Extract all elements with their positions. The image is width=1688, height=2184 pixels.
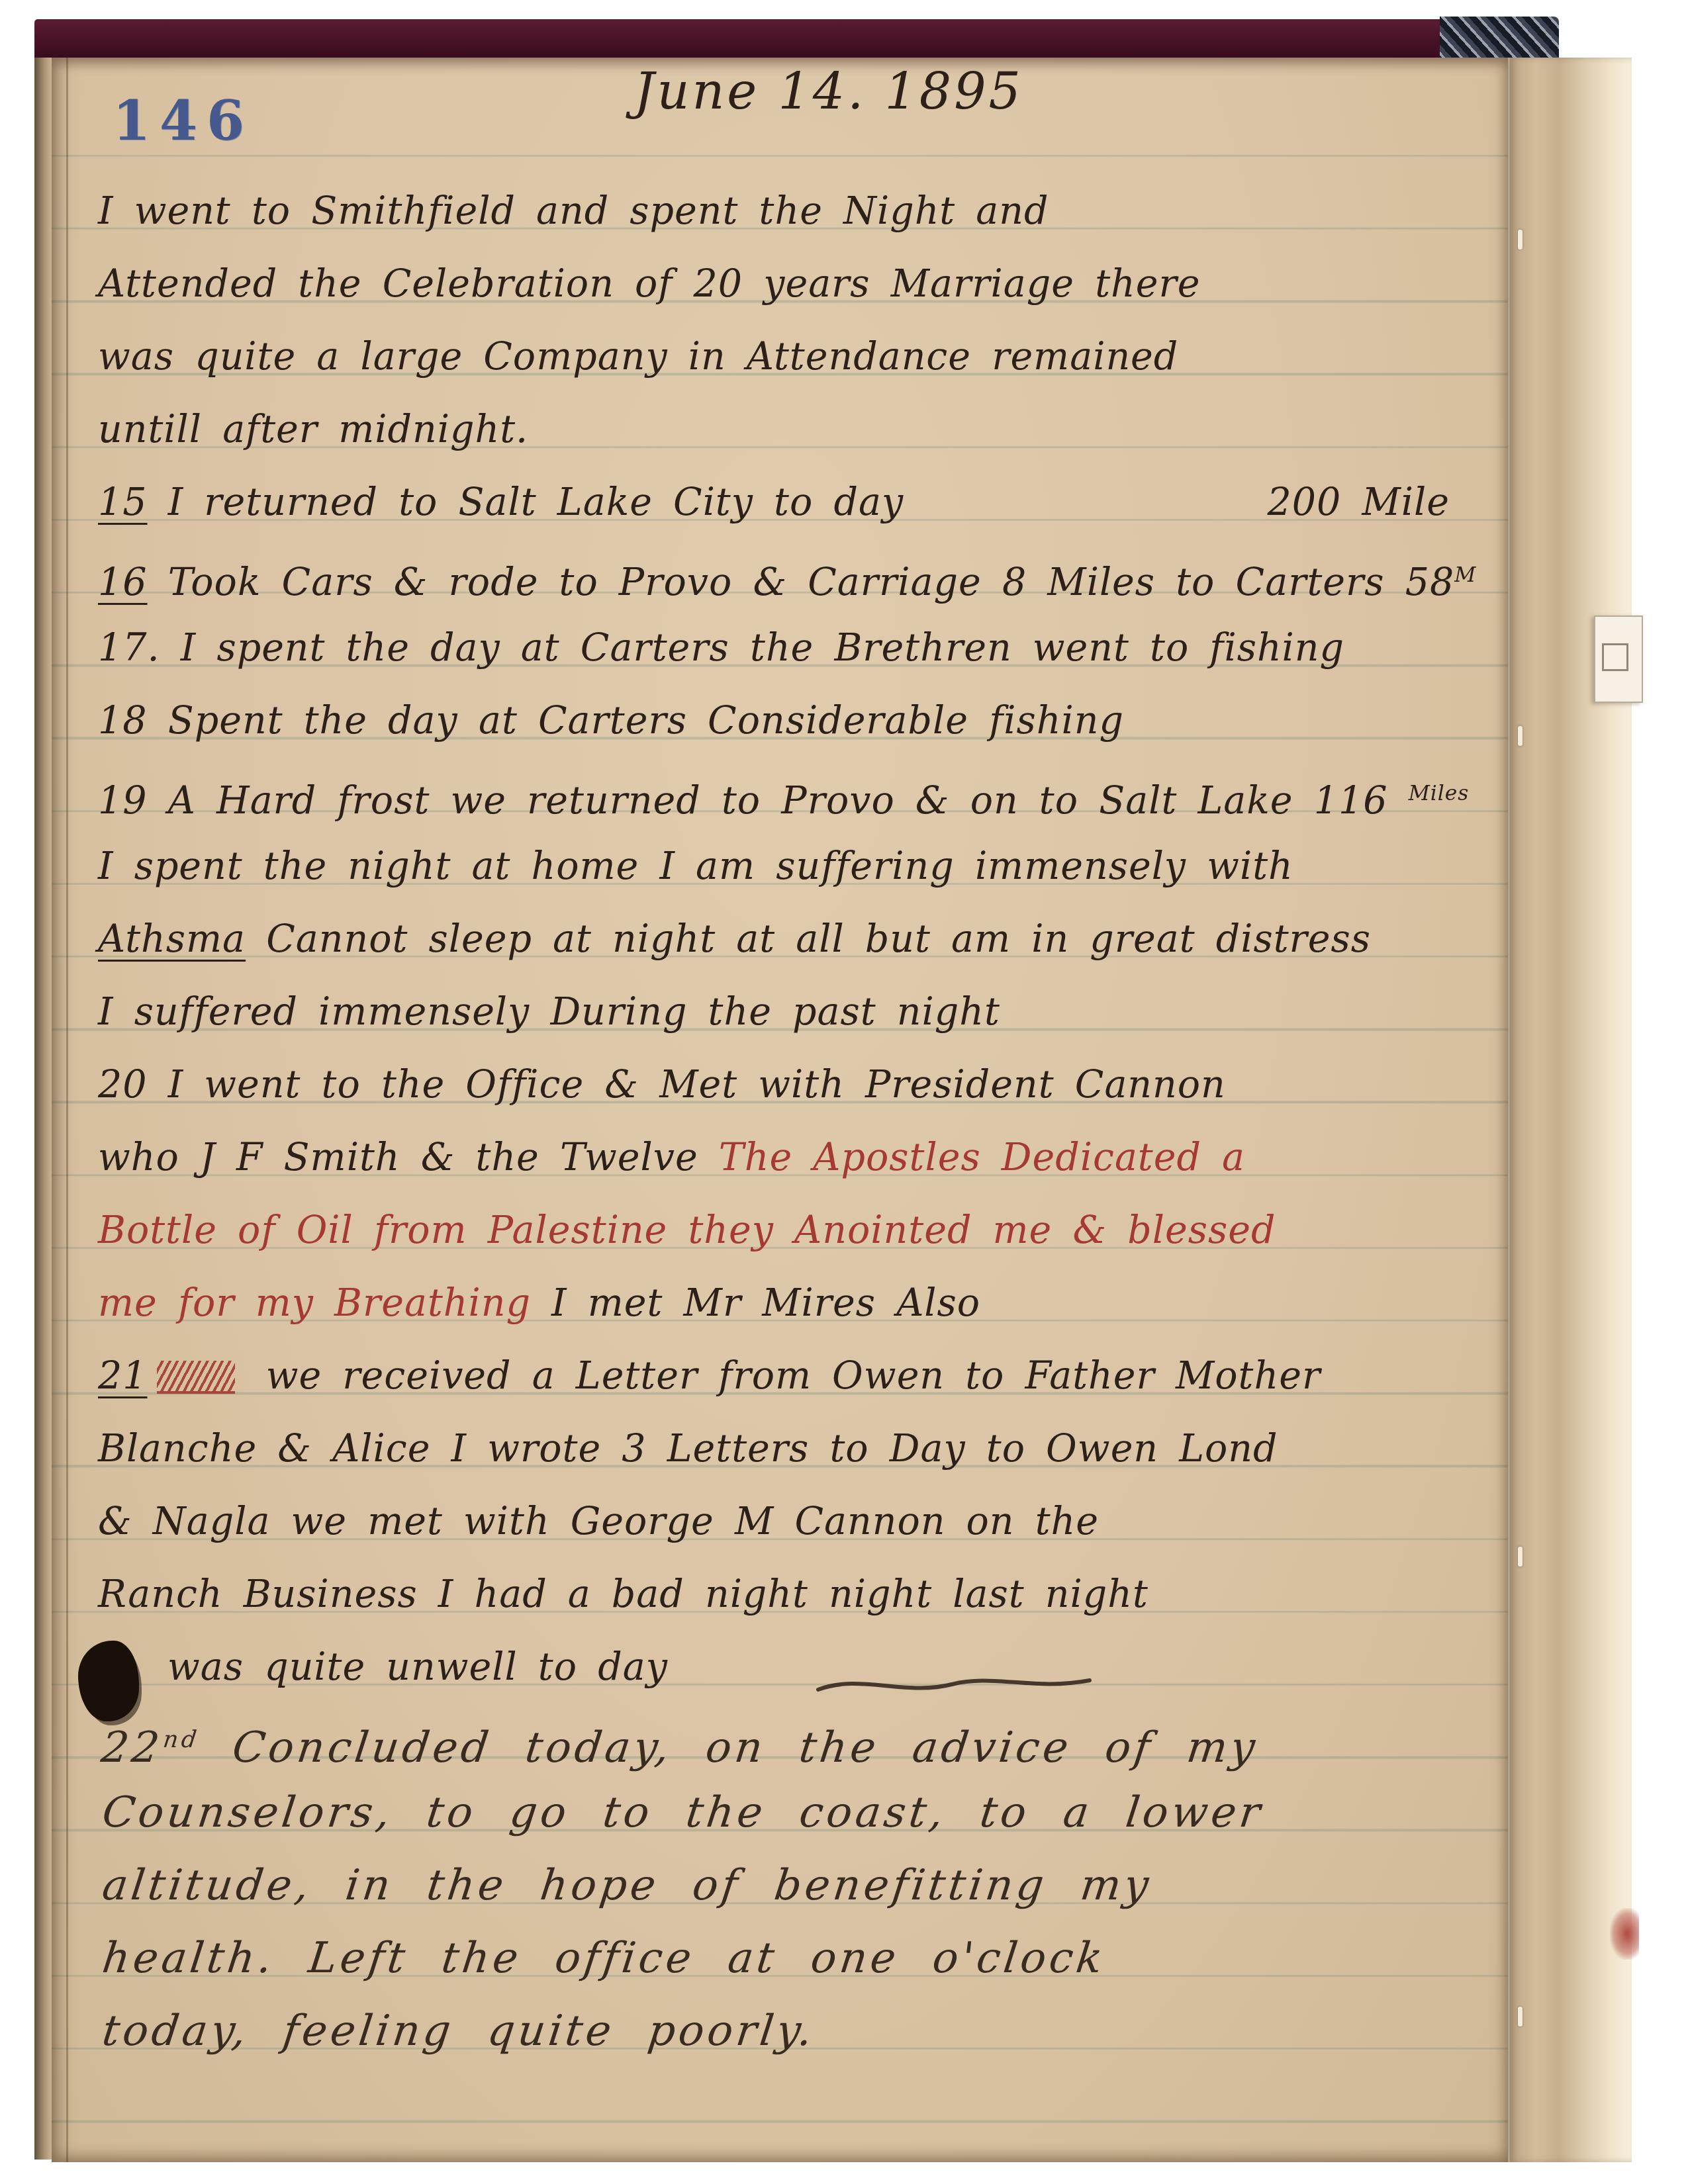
diary-line-22: 22nd Concluded today, on the advice of m… — [98, 1706, 1471, 1778]
diary-line-16: me for my Breathing I met Mr Mires Also — [98, 1269, 1462, 1342]
date-heading: June 14. 1895 — [634, 62, 1023, 120]
handwriting-segment: Bottle of Oil from Palestine they Anoint… — [98, 1208, 1276, 1252]
handwriting-segment: & Nagla we met with George M Cannon on t… — [98, 1500, 1099, 1543]
diary-line-25: health. Left the office at one o'clock — [98, 1924, 1471, 1997]
stitch-mark — [1518, 726, 1523, 746]
tab-mark — [1602, 643, 1628, 671]
diary-line-19: & Nagla we met with George M Cannon on t… — [98, 1487, 1462, 1560]
diary-line-13: 20 I went to the Office & Met with Presi… — [98, 1050, 1462, 1123]
diary-line-5: 15 I returned to Salt Lake City to day20… — [98, 468, 1462, 541]
diary-lines: I went to Smithfield and spent the Night… — [98, 177, 1462, 2070]
handwriting-segment: we received a Letter from Owen to Father… — [246, 1354, 1321, 1398]
left-page-edge — [34, 58, 52, 2160]
diary-line-23: Counselors, to go to the coast, to a low… — [98, 1778, 1471, 1851]
diary-line-2: Attended the Celebration of 20 years Mar… — [98, 250, 1462, 322]
pen-flourish — [813, 1671, 1098, 1700]
handwriting-segment: 21 — [98, 1354, 148, 1398]
red-stain — [1610, 1908, 1639, 1960]
diary-line-17: 21 we received a Letter from Owen to Fat… — [98, 1342, 1462, 1414]
stitch-mark — [1518, 230, 1523, 250]
scratched-out-word — [157, 1361, 235, 1394]
handwriting-segment: Blanche & Alice I wrote 3 Letters to Day… — [98, 1427, 1278, 1471]
handwriting-segment: I went to Smithfield and spent the Night… — [98, 189, 1049, 233]
handwriting-segment: altitude, in the hope of benefitting my — [100, 1861, 1154, 1910]
diary-line-21: was quite unwell to day — [98, 1633, 1462, 1706]
diary-line-26: today, feeling quite poorly. — [98, 1997, 1471, 2070]
handwriting-segment: Attended the Celebration of 20 years Mar… — [98, 262, 1200, 306]
diary-book: 146 June 14. 1895 I went to Smithfield a… — [26, 17, 1648, 2164]
diary-line-10: I spent the night at home I am suffering… — [98, 832, 1462, 905]
handwriting-segment: 22 — [99, 1723, 165, 1772]
handwriting-segment: untill after midnight. — [98, 408, 528, 451]
diary-page: 146 June 14. 1895 I went to Smithfield a… — [52, 58, 1508, 2162]
handwriting-segment: 19 A Hard frost we returned to Provo & o… — [98, 779, 1409, 823]
handwriting-segment: I met Mr Mires Also — [551, 1281, 980, 1325]
margin-crease-line — [66, 58, 68, 2162]
diary-line-18: Blanche & Alice I wrote 3 Letters to Day… — [98, 1414, 1462, 1487]
handwriting-segment: The Apostles Dedicated a — [719, 1136, 1245, 1179]
page-edge-tab — [1594, 615, 1643, 703]
diary-line-3: was quite a large Company in Attendance … — [98, 322, 1462, 395]
handwriting-segment: who J F Smith & the Twelve — [98, 1136, 719, 1179]
handwriting-segment: today, feeling quite poorly. — [100, 2007, 818, 2056]
page-gutter-edges — [1508, 58, 1632, 2162]
handwriting-segment: was quite a large Company in Attendance … — [98, 335, 1178, 379]
diary-line-14: who J F Smith & the Twelve The Apostles … — [98, 1123, 1462, 1196]
handwriting-segment: was quite unwell to day — [167, 1645, 668, 1689]
diary-line-7: 17. I spent the day at Carters the Breth… — [98, 614, 1462, 686]
handwriting-segment: 200 Mile — [1268, 468, 1450, 537]
diary-line-11: Athsma Cannot sleep at night at all but … — [98, 905, 1462, 978]
diary-line-8: 18 Spent the day at Carters Considerable… — [98, 686, 1462, 759]
handwriting-segment: I returned to Salt Lake City to day — [148, 480, 904, 524]
handwriting-segment: Counselors, to go to the coast, to a low… — [100, 1788, 1266, 1837]
diary-line-20: Ranch Business I had a bad night night l… — [98, 1560, 1462, 1633]
diary-line-24: altitude, in the hope of benefitting my — [98, 1851, 1471, 1924]
diary-line-12: I suffered immensely During the past nig… — [98, 978, 1462, 1050]
handwriting-segment: 16 — [98, 561, 148, 604]
handwriting-segment: Concluded today, on the advice of my — [196, 1723, 1261, 1772]
handwriting-segment: 20 I went to the Office & Met with Presi… — [98, 1063, 1226, 1107]
ink-blot — [78, 1641, 139, 1721]
handwriting-segment: Cannot sleep at night at all but am in g… — [246, 917, 1371, 961]
stitch-mark — [1518, 2007, 1523, 2026]
diary-line-9: 19 A Hard frost we returned to Provo & o… — [98, 759, 1462, 832]
handwriting-segment: I spent the night at home I am suffering… — [98, 844, 1293, 888]
diary-line-1: I went to Smithfield and spent the Night… — [98, 177, 1462, 250]
diary-line-4: untill after midnight. — [98, 395, 1462, 468]
handwriting-segment: nd — [162, 1726, 201, 1753]
handwriting-segment: Athsma — [98, 917, 246, 961]
handwriting-segment: Miles — [1409, 782, 1470, 805]
diary-line-6: 16 Took Cars & rode to Provo & Carriage … — [98, 541, 1462, 614]
handwriting-segment: 17. I spent the day at Carters the Breth… — [98, 626, 1344, 670]
handwriting-segment: 18 Spent the day at Carters Considerable… — [98, 699, 1124, 743]
stitch-mark — [1518, 1547, 1523, 1567]
diary-line-15: Bottle of Oil from Palestine they Anoint… — [98, 1196, 1462, 1269]
handwriting-segment: Ranch Business I had a bad night night l… — [98, 1572, 1149, 1616]
book-cover-top-edge — [34, 19, 1540, 62]
page-number: 146 — [113, 89, 254, 153]
handwriting-segment: health. Left the office at one o'clock — [100, 1934, 1109, 1983]
handwriting-segment: M — [1454, 563, 1476, 587]
handwriting-segment: Took Cars & rode to Provo & Carriage 8 M… — [148, 561, 1455, 604]
handwriting-segment: I suffered immensely During the past nig… — [98, 990, 1000, 1034]
handwriting-segment: 15 — [98, 480, 148, 524]
handwriting-segment: me for my Breathing — [98, 1281, 551, 1325]
